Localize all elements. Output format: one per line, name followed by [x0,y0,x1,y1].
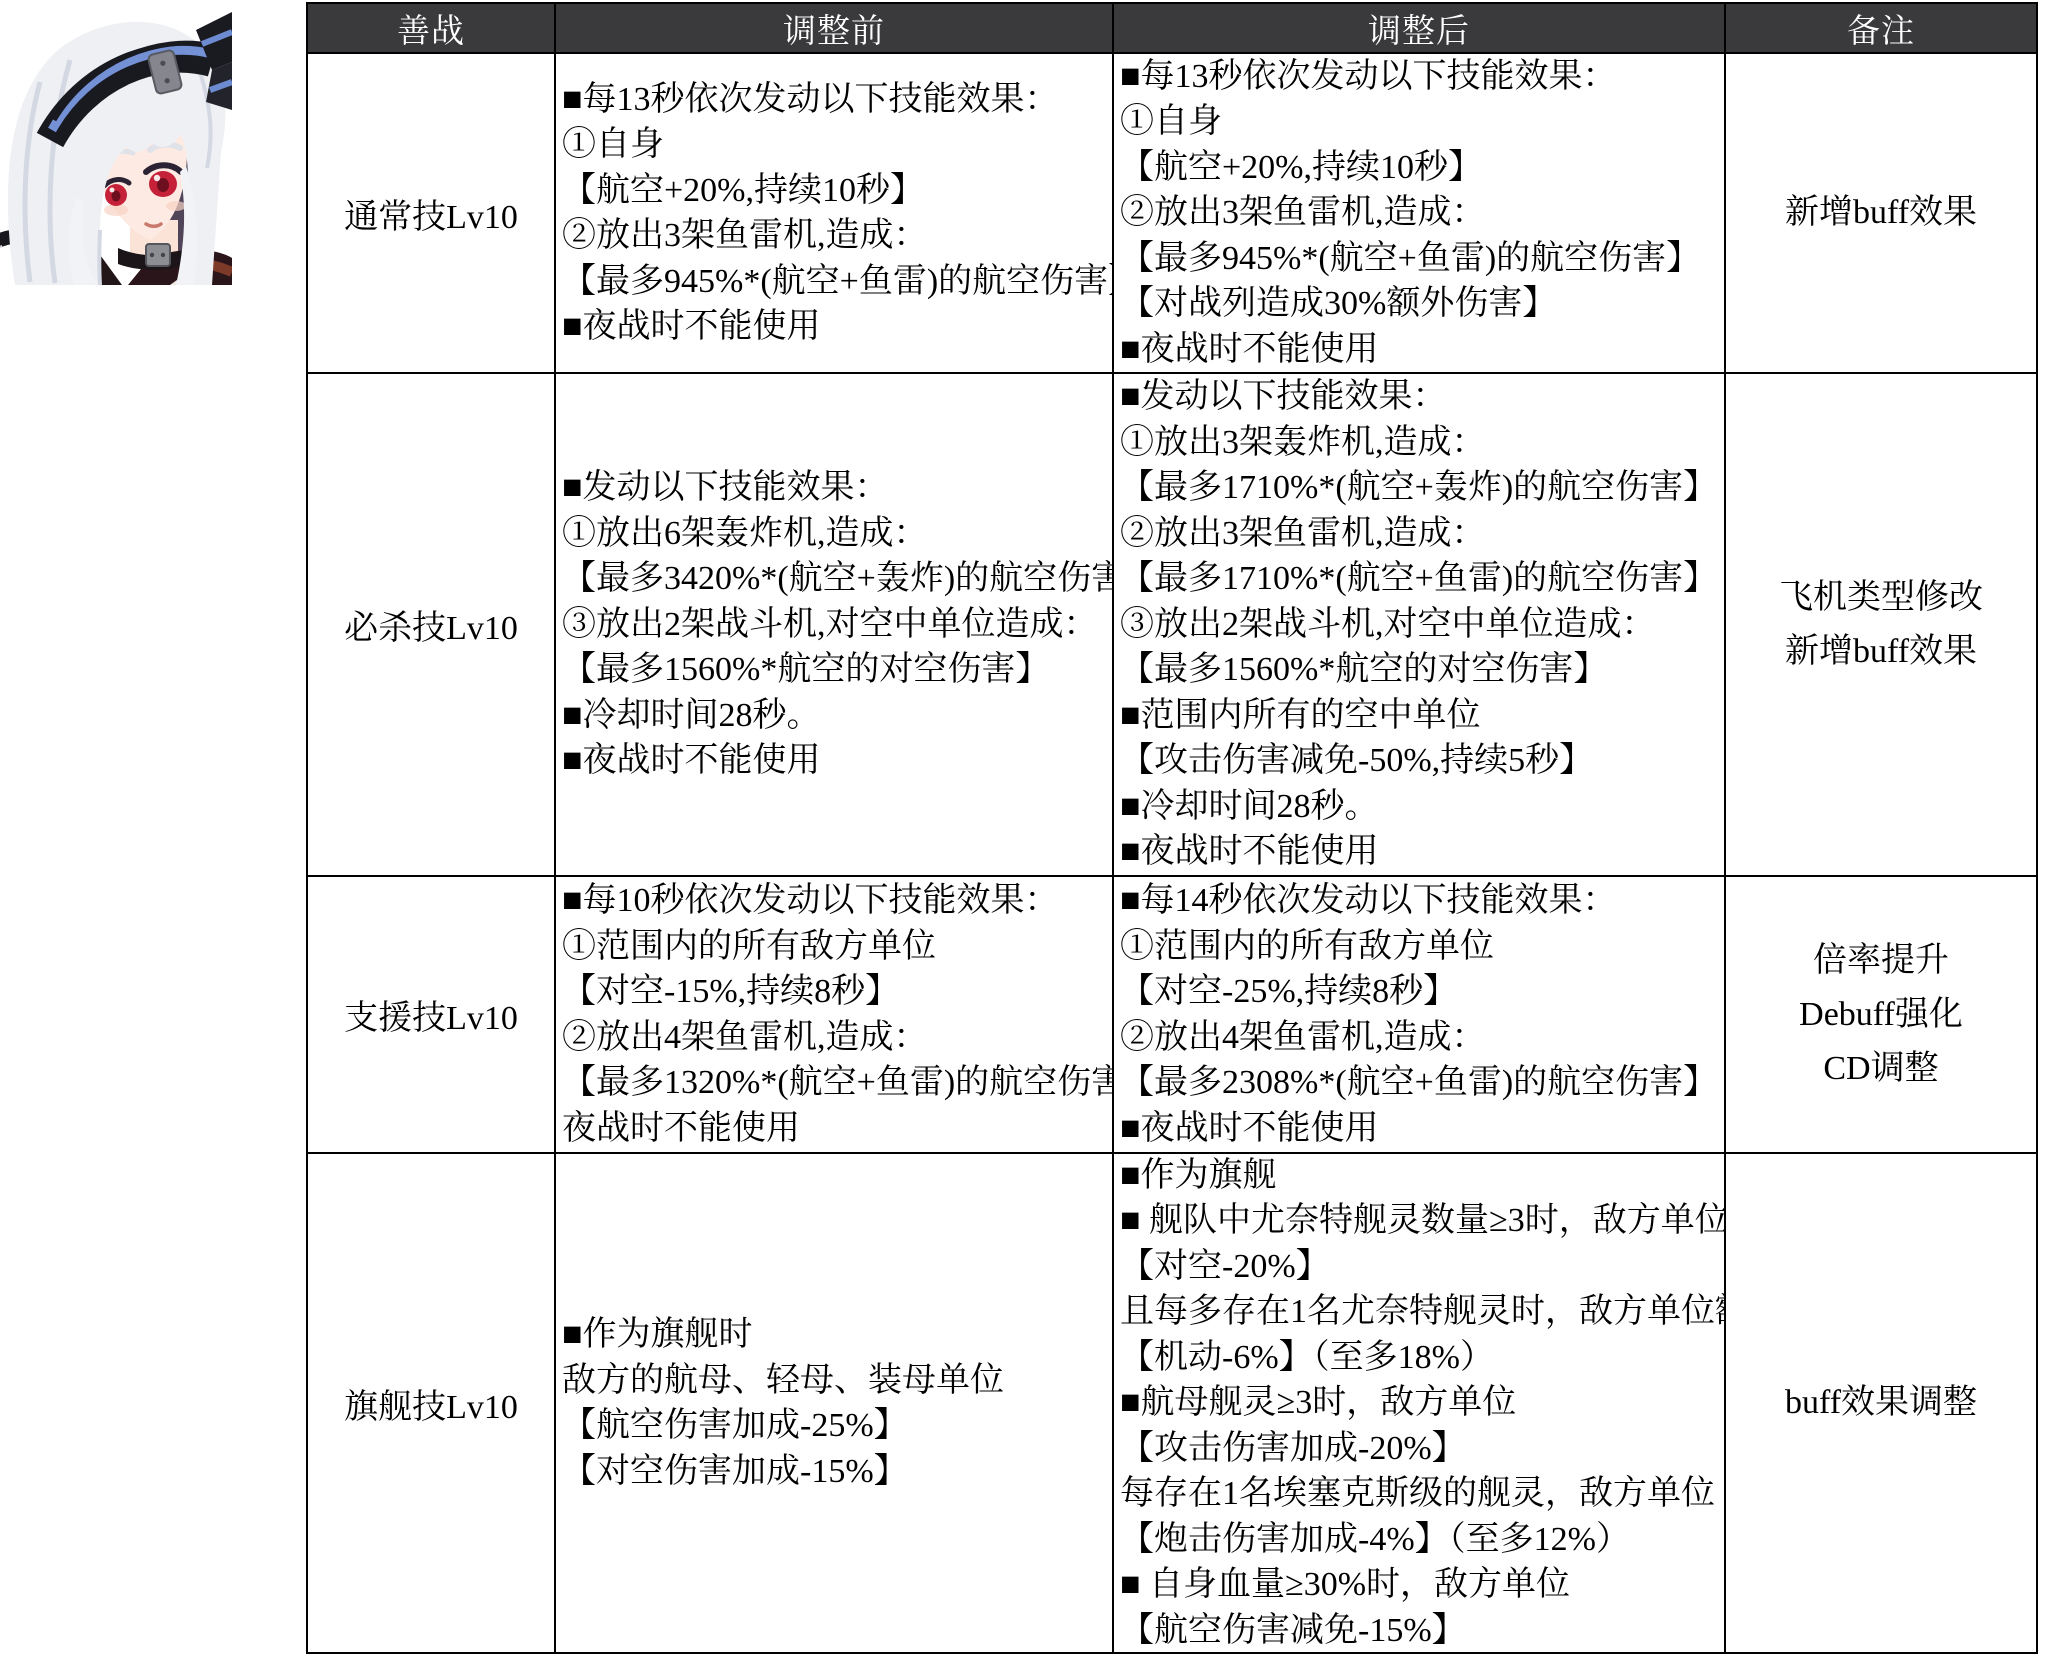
note-cell-support: 倍率提升Debuff强化CD调整 [1726,877,2036,1154]
cell-line: 【航空+20%,持续10秒】 [1120,145,1718,191]
cell-line: 【航空伤害加成-25%】 [562,1403,1106,1449]
cell-line: ①范围内的所有敌方单位 [1120,924,1718,970]
cell-line: ■航母舰灵≥3时，敌方单位 [1120,1380,1718,1426]
cell-line: ①自身 [562,122,1106,168]
cell-line: buff效果调整 [1785,1376,1977,1430]
cell-line: ■夜战时不能使用 [1120,1106,1718,1152]
before-cell-ultimate: ■发动以下技能效果：①放出6架轰炸机,造成：【最多3420%*(航空+轰炸)的航… [556,374,1114,877]
column-header-before: 调整前 [556,4,1114,54]
cell-line: 每存在1名埃塞克斯级的舰灵，敌方单位 [1120,1471,1718,1517]
cell-line: 【攻击伤害加成-20%】 [1120,1426,1718,1472]
cell-line: ■范围内所有的空中单位 [1120,693,1718,739]
cell-line: 【最多1710%*(航空+轰炸)的航空伤害】 [1120,465,1718,511]
skill-name-ultimate: 必杀技Lv10 [308,374,556,877]
cell-line: ■发动以下技能效果： [562,465,1106,511]
cell-line: 且每多存在1名尤奈特舰灵时，敌方单位额外 [1120,1289,1718,1335]
cell-line: ■夜战时不能使用 [1120,327,1718,373]
page: 善战 调整前 调整后 备注 通常技Lv10 ■每13秒依次发动以下技能效果：①自… [0,0,2045,1658]
cell-line: 【对空-15%,持续8秒】 [562,969,1106,1015]
cell-line: ■每13秒依次发动以下技能效果： [1120,54,1718,99]
cell-line: 【最多1710%*(航空+鱼雷)的航空伤害】 [1120,556,1718,602]
cell-line: CD调整 [1823,1042,1938,1096]
cell-line: ■每14秒依次发动以下技能效果： [1120,878,1718,924]
cell-line: ■夜战时不能使用 [1120,829,1718,875]
cell-line: ②放出3架鱼雷机,造成： [562,213,1106,259]
cell-line: ■作为旗舰时 [562,1312,1106,1358]
note-cell-flagship: buff效果调整 [1726,1154,2036,1652]
after-cell-normal: ■每13秒依次发动以下技能效果：①自身【航空+20%,持续10秒】②放出3架鱼雷… [1114,54,1726,374]
character-avatar [0,0,232,285]
column-header-skill: 善战 [308,4,556,54]
cell-line: ③放出2架战斗机,对空中单位造成： [1120,602,1718,648]
cell-line: 敌方的航母、轻母、装母单位 [562,1358,1106,1404]
cell-line: 【机动-6%】（至多18%） [1120,1335,1718,1381]
cell-line: 【最多3420%*(航空+轰炸)的航空伤害】 [562,556,1106,602]
cell-line: ■发动以下技能效果： [1120,374,1718,420]
cell-line: ■冷却时间28秒。 [1120,784,1718,830]
cell-line: ■作为旗舰 [1120,1154,1718,1198]
cell-line: ■ 舰队中尤奈特舰灵数量≥3时，敌方单位 [1120,1198,1718,1244]
cell-line: ②放出4架鱼雷机,造成： [1120,1015,1718,1061]
cell-line: 【最多2308%*(航空+鱼雷)的航空伤害】 [1120,1060,1718,1106]
cell-line: ■夜战时不能使用 [562,738,1106,784]
before-cell-support: ■每10秒依次发动以下技能效果：①范围内的所有敌方单位【对空-15%,持续8秒】… [556,877,1114,1154]
cell-line: ①放出3架轰炸机,造成： [1120,420,1718,466]
before-cell-flagship: ■作为旗舰时敌方的航母、轻母、装母单位【航空伤害加成-25%】【对空伤害加成-1… [556,1154,1114,1652]
column-header-after: 调整后 [1114,4,1726,54]
cell-line: 飞机类型修改 [1779,571,1983,625]
cell-line: ③放出2架战斗机,对空中单位造成： [562,602,1106,648]
cell-line: ①放出6架轰炸机,造成： [562,511,1106,557]
before-cell-normal: ■每13秒依次发动以下技能效果：①自身【航空+20%,持续10秒】②放出3架鱼雷… [556,54,1114,374]
cell-line: 倍率提升 [1813,934,1949,988]
cell-line: 【最多945%*(航空+鱼雷)的航空伤害】 [1120,236,1718,282]
cell-line: ②放出4架鱼雷机,造成： [562,1015,1106,1061]
cell-line: 新增buff效果 [1785,625,1977,679]
cell-line: 【最多1560%*航空的对空伤害】 [1120,647,1718,693]
cell-line: 【最多945%*(航空+鱼雷)的航空伤害】 [562,259,1106,305]
cell-line: 【炮击伤害加成-4%】（至多12%） [1120,1517,1718,1563]
cell-line: 【对战列造成30%额外伤害】 [1120,281,1718,327]
after-cell-support: ■每14秒依次发动以下技能效果：①范围内的所有敌方单位【对空-25%,持续8秒】… [1114,877,1726,1154]
cell-line: ■ 自身血量≥30%时，敌方单位 [1120,1562,1718,1608]
cell-line: ■每10秒依次发动以下技能效果： [562,878,1106,924]
character-portrait-illustration [0,0,232,285]
cell-line: Debuff强化 [1799,988,1963,1042]
after-cell-flagship: ■作为旗舰■ 舰队中尤奈特舰灵数量≥3时，敌方单位【对空-20%】且每多存在1名… [1114,1154,1726,1652]
cell-line: ①自身 [1120,99,1718,145]
cell-line: ■夜战时不能使用 [562,304,1106,350]
after-cell-ultimate: ■发动以下技能效果：①放出3架轰炸机,造成：【最多1710%*(航空+轰炸)的航… [1114,374,1726,877]
cell-line: 【最多1560%*航空的对空伤害】 [562,647,1106,693]
cell-line: 【最多1320%*(航空+鱼雷)的航空伤害】 [562,1060,1106,1106]
skill-name-support: 支援技Lv10 [308,877,556,1154]
cell-line: 【攻击伤害减免-50%,持续5秒】 [1120,738,1718,784]
skill-name-flagship: 旗舰技Lv10 [308,1154,556,1652]
cell-line: 夜战时不能使用 [562,1106,1106,1152]
column-header-note: 备注 [1726,4,2036,54]
cell-line: ①范围内的所有敌方单位 [562,924,1106,970]
cell-line: ②放出3架鱼雷机,造成： [1120,511,1718,557]
skill-name-normal: 通常技Lv10 [308,54,556,374]
cell-line: 【对空伤害加成-15%】 [562,1449,1106,1495]
cell-line: ■每13秒依次发动以下技能效果： [562,77,1106,123]
cell-line: ②放出3架鱼雷机,造成： [1120,190,1718,236]
cell-line: 【对空-20%】 [1120,1244,1718,1290]
note-cell-ultimate: 飞机类型修改新增buff效果 [1726,374,2036,877]
cell-line: 【航空伤害减免-15%】 [1120,1608,1718,1652]
note-cell-normal: 新增buff效果 [1726,54,2036,374]
cell-line: 新增buff效果 [1785,186,1977,240]
cell-line: 【对空-25%,持续8秒】 [1120,969,1718,1015]
cell-line: 【航空+20%,持续10秒】 [562,168,1106,214]
skill-adjustment-table: 善战 调整前 调整后 备注 通常技Lv10 ■每13秒依次发动以下技能效果：①自… [306,2,2038,1654]
cell-line: ■冷却时间28秒。 [562,693,1106,739]
